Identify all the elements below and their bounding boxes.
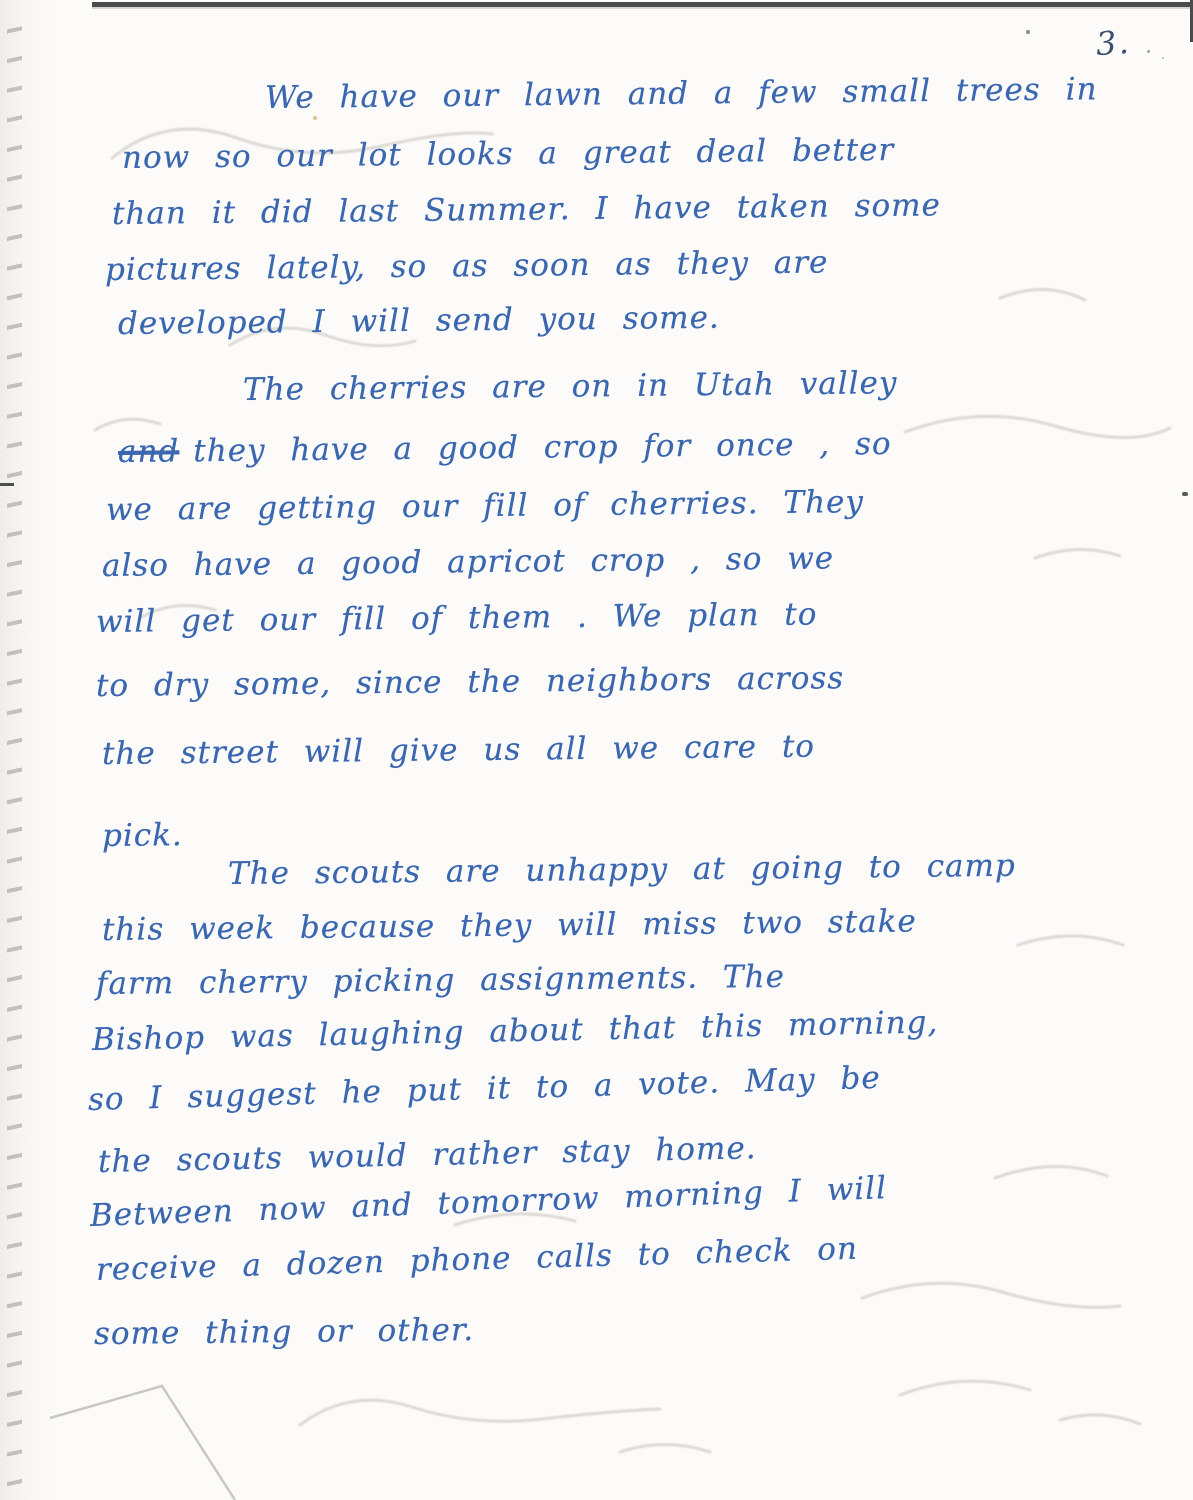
line-text: than it did last Summer. I have taken so… [112,187,941,232]
scan-top-edge [92,2,1193,9]
letter-line: receive a dozen phone calls to check on [95,1231,858,1288]
line-text: the street will give us all we care to [102,729,815,772]
letter-line: We have our lawn and a few small trees i… [265,71,1098,116]
line-text: now so our lot looks a great deal better [122,132,895,176]
line-text: farm cherry picking assignments. The [96,959,785,1002]
ink-speck [1182,492,1188,496]
line-text: The scouts are unhappy at going to camp [228,848,1016,892]
line-text: Between now and tomorrow morning I will [89,1170,887,1234]
letter-line: The scouts are unhappy at going to camp [228,848,1016,892]
line-text: this week because they will miss two sta… [102,903,917,948]
letter-line: some thing or other. [94,1312,475,1352]
ink-speck [1026,30,1030,34]
line-text: we are getting our fill of cherries. The… [106,484,864,528]
line-text: developed I will send you some. [118,300,720,342]
line-text: pictures lately, so as soon as they are [105,244,829,288]
letter-line: The cherries are on in Utah valley [243,365,898,408]
line-text: Bishop was laughing about that this morn… [92,1004,939,1058]
letter-line: this week because they will miss two sta… [102,903,917,948]
letter-line: now so our lot looks a great deal better [122,132,895,176]
line-text: receive a dozen phone calls to check on [95,1231,858,1288]
line-text: also have a good apricot crop , so we [102,540,834,584]
line-text: will get our fill of them . We plan to [96,596,818,640]
letter-line: than it did last Summer. I have taken so… [112,187,941,232]
line-text: pick. [102,817,183,854]
letter-line: also have a good apricot crop , so we [102,540,834,584]
line-text: to dry some, since the neighbors across [96,660,845,704]
letter-line: we are getting our fill of cherries. The… [106,484,864,528]
struck-word: and [118,433,180,470]
scanned-letter-page: 3. We have our lawn and a few small tree… [0,0,1193,1500]
letter-line: to dry some, since the neighbors across [96,660,845,704]
letter-line: pick. [102,817,183,854]
letter-line: Bishop was laughing about that this morn… [92,1004,939,1058]
letter-line: Between now and tomorrow morning I will [89,1170,887,1234]
letter-line: pictures lately, so as soon as they are [105,244,829,288]
line-text: they have a good crop for once , so [193,426,892,469]
ink-speck [313,116,317,120]
page-number: 3. [1095,23,1132,63]
line-text: so I suggest he put it to a vote. May be [87,1060,881,1118]
letter-line: so I suggest he put it to a vote. May be [87,1060,881,1118]
line-text: the scouts would rather stay home. [98,1130,757,1180]
letter-line: andthey have a good crop for once , so [118,426,892,470]
torn-spiral-edge [7,10,22,1492]
letter-line: will get our fill of them . We plan to [96,596,818,640]
ink-speck [1147,50,1150,53]
line-text: The cherries are on in Utah valley [243,365,898,408]
letter-line: farm cherry picking assignments. The [96,959,785,1002]
ink-speck [1162,57,1164,59]
line-text: We have our lawn and a few small trees i… [265,71,1098,116]
letter-line: the scouts would rather stay home. [98,1130,757,1180]
letter-line: the street will give us all we care to [102,729,815,772]
margin-dash-mark [0,483,14,486]
letter-line: developed I will send you some. [118,300,720,342]
line-text: some thing or other. [94,1312,475,1352]
